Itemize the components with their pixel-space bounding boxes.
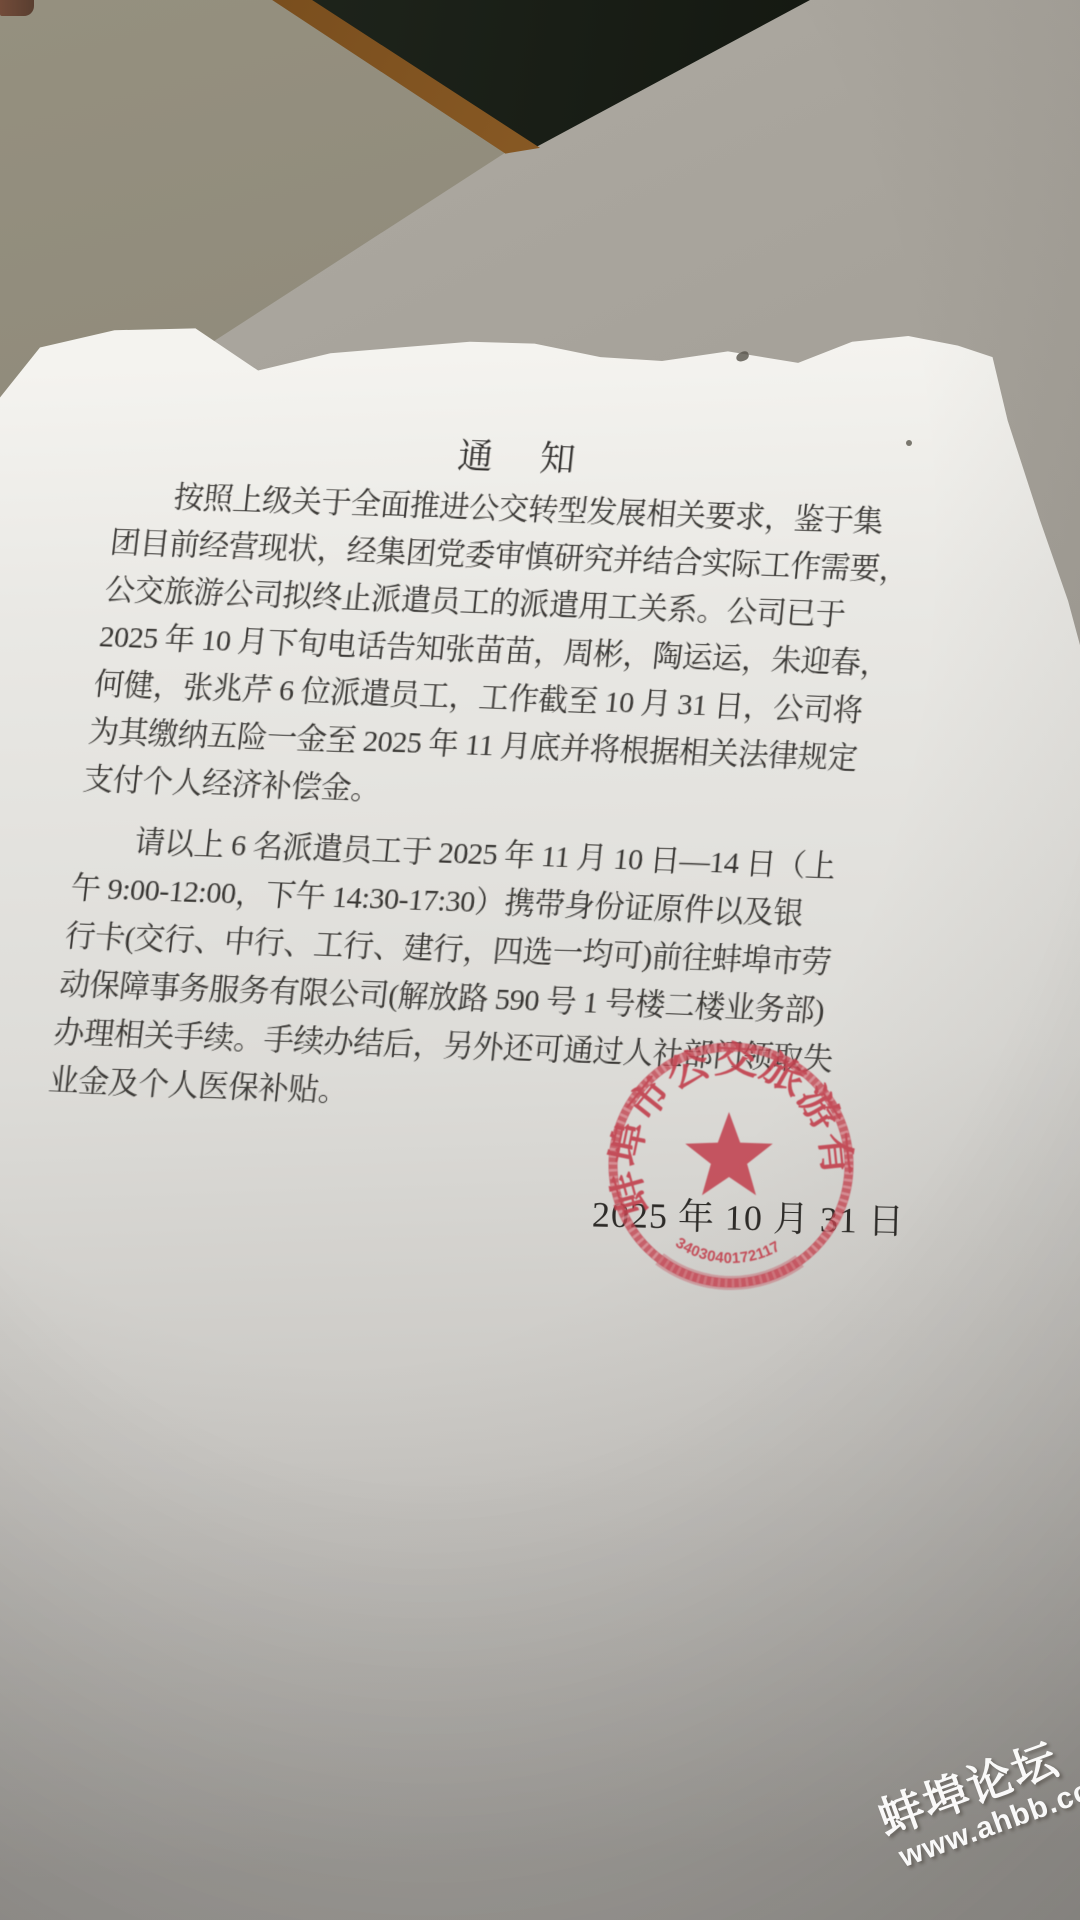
company-seal: 蚌埠市公交旅游有限公司 3403040172117 xyxy=(583,1018,883,1318)
corner-smudge xyxy=(0,0,34,16)
notice-paragraph-1: 按照上级关于全面推进公交转型发展相关要求，鉴于集 团目前经营现状，经集团党委审慎… xyxy=(0,469,955,833)
svg-text:3403040172117: 3403040172117 xyxy=(673,1234,785,1267)
seal-star xyxy=(685,1112,772,1195)
seal-serial-number: 3403040172117 xyxy=(673,1234,785,1267)
dust-speck xyxy=(906,440,912,446)
photo-scene: 通 知 按照上级关于全面推进公交转型发展相关要求，鉴于集 团目前经营现状，经集团… xyxy=(0,0,1080,1920)
